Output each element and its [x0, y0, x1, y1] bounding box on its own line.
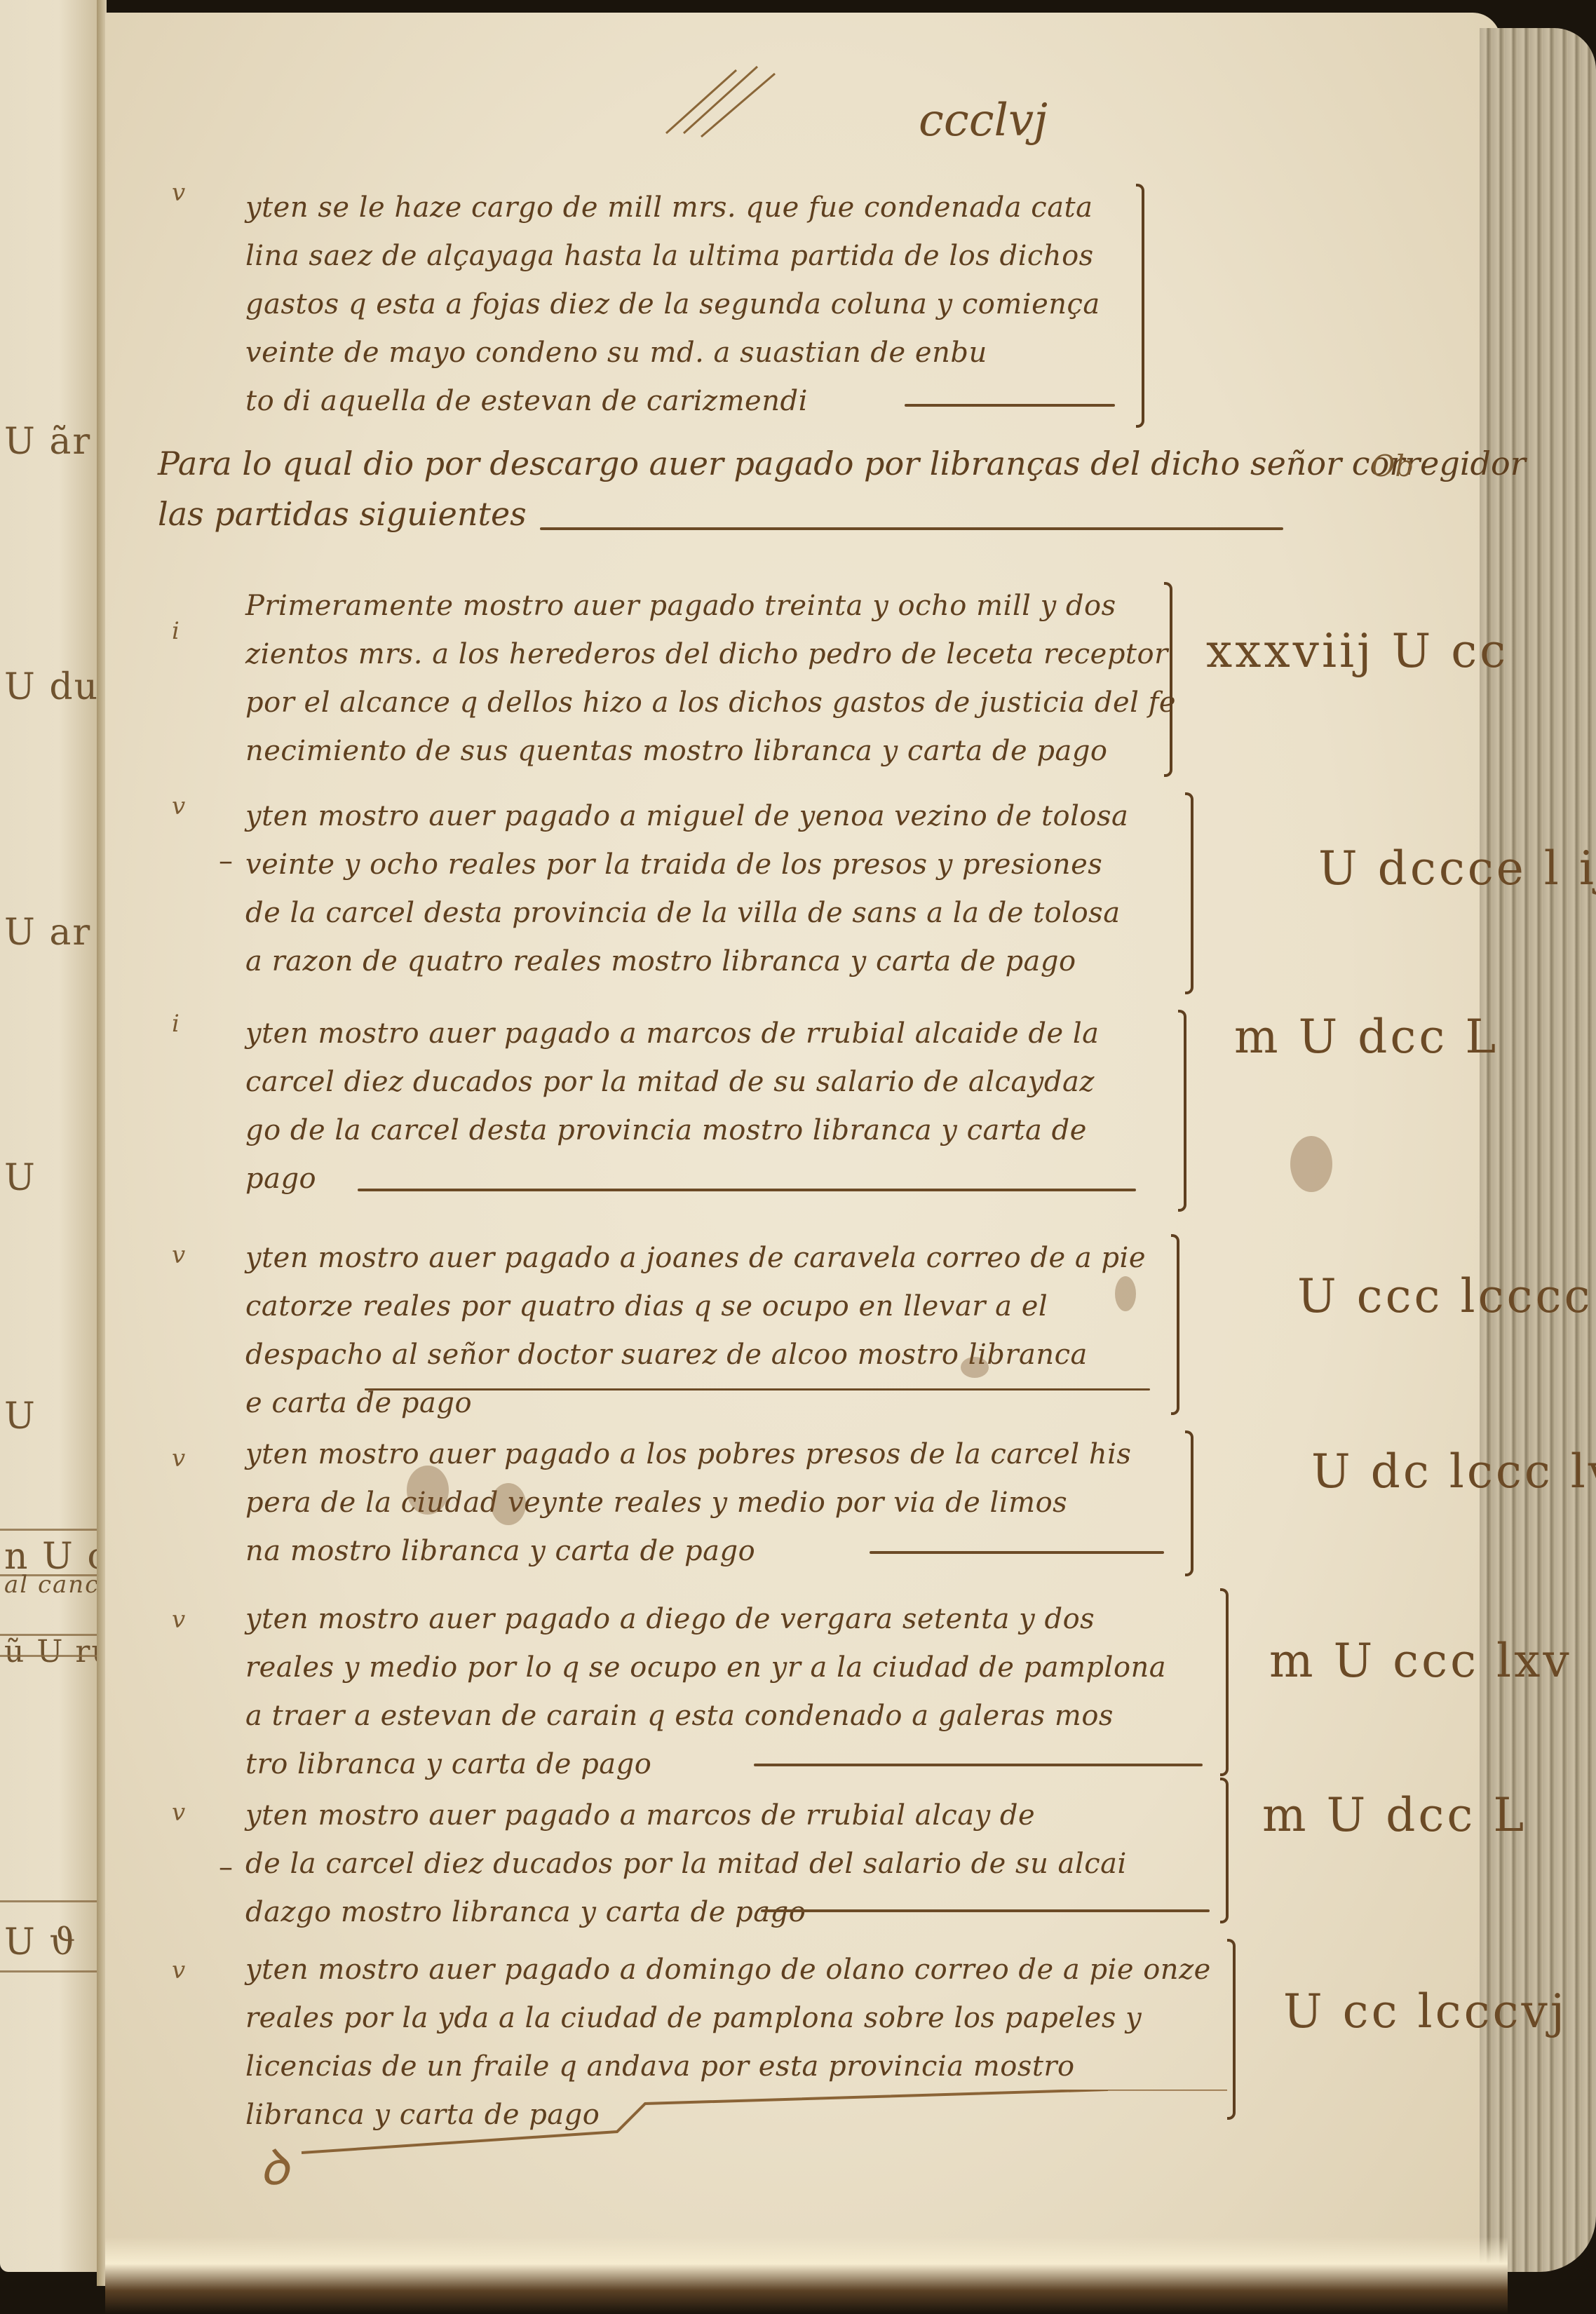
entry-line: a razon de quatro reales mostro libranca…: [245, 938, 1192, 986]
check-mark: v: [172, 1799, 185, 1827]
entry-line: yten mostro auer pagado a domingo de ola…: [245, 1946, 1192, 1994]
page-edge: [1480, 28, 1596, 2272]
entry-bracket: [1220, 1588, 1229, 1776]
check-mark: i: [172, 1010, 180, 1038]
ink-stain: [491, 1483, 526, 1525]
check-mark: v: [172, 1606, 185, 1634]
line-filler: [754, 1764, 1203, 1766]
entry-bracket: [1171, 1234, 1179, 1415]
entry-line: despacho al señor doctor suarez de alcoo…: [245, 1331, 1192, 1379]
line-filler: [905, 404, 1115, 407]
entry-sum: xxxviij U cc: [1206, 624, 1508, 678]
entry-sum: m U dcc L: [1234, 1010, 1499, 1064]
entry-sum: U dccce l ij: [1318, 841, 1596, 895]
entry-line: carcel diez ducados por la mitad de su s…: [245, 1058, 1192, 1107]
entry-line: pera de la ciudad veynte reales y medio …: [245, 1479, 1192, 1527]
line-filler: [870, 1551, 1164, 1554]
entry-line: a traer a estevan de carain q esta conde…: [245, 1692, 1192, 1740]
entry-line: licencias de un fraile q andava por esta…: [245, 2043, 1192, 2091]
line-filler: [365, 1388, 1150, 1391]
entry: yten mostro auer pagado a marcos de rrub…: [245, 1010, 1192, 1203]
entry-line: yten mostro auer pagado a miguel de yeno…: [245, 792, 1192, 841]
ink-stain: [1115, 1276, 1136, 1311]
facing-mark: U: [4, 1157, 36, 1199]
entry-line: lina saez de alçayaga hasta la ultima pa…: [245, 232, 1192, 280]
check-mark: v: [172, 1956, 185, 1984]
line-filler: [761, 1909, 1210, 1912]
entry-line: yten mostro auer pagado a marcos de rrub…: [245, 1792, 1192, 1840]
facing-page: U ãr U du U ar e U U n U c al canc ũ U r…: [0, 0, 98, 2272]
dash-mark: –: [219, 845, 233, 877]
entry-line: yten mostro auer pagado a joanes de cara…: [245, 1234, 1192, 1283]
entry: yten mostro auer pagado a marcos de rrub…: [245, 1792, 1192, 1937]
check-mark: v: [172, 792, 185, 820]
divider: [0, 1900, 98, 1902]
entry-line: por el alcance q dellos hizo a los dicho…: [245, 679, 1192, 727]
entry-line: catorze reales por quatro dias q se ocup…: [245, 1283, 1192, 1331]
entry-line: Primeramente mostro auer pagado treinta …: [245, 582, 1192, 630]
heading-line: las partidas siguientes: [158, 489, 1526, 539]
entry: yten mostro auer pagado a miguel de yeno…: [245, 792, 1192, 986]
ink-stain: [1290, 1136, 1332, 1192]
entry-line: veinte de mayo condeno su md. a suastian…: [245, 329, 1192, 377]
entry-bracket: [1178, 1010, 1186, 1212]
entry: Primeramente mostro auer pagado treinta …: [245, 582, 1192, 776]
entry-bracket: [1185, 1430, 1193, 1576]
entry-bracket: [1136, 184, 1144, 428]
entry-line: yten mostro auer pagado a diego de verga…: [245, 1595, 1192, 1644]
entry-line: pago: [245, 1155, 1192, 1203]
check-mark: i: [172, 617, 180, 645]
entry-line: gastos q esta a fojas diez de la segunda…: [245, 280, 1192, 329]
facing-mark: al canc: [4, 1571, 100, 1599]
entry-bracket: [1164, 582, 1172, 777]
slash-marks: [652, 63, 792, 140]
divider: [0, 1655, 98, 1657]
entry-line: de la carcel diez ducados por la mitad d…: [245, 1840, 1192, 1888]
damaged-page-bottom: [105, 2237, 1508, 2314]
entry: yten mostro auer pagado a joanes de cara…: [245, 1234, 1192, 1428]
folio-number: ccclvj: [919, 95, 1048, 147]
check-mark: v: [172, 179, 185, 207]
entry-line: to di aquella de estevan de carizmendi: [245, 377, 1192, 426]
entry: yten mostro auer pagado a diego de verga…: [245, 1595, 1192, 1789]
entry-line: reales por la yda a la ciudad de pamplon…: [245, 1994, 1192, 2043]
entry-line: de la carcel desta provincia de la villa…: [245, 889, 1192, 938]
entry-line: yten mostro auer pagado a los pobres pre…: [245, 1430, 1192, 1479]
line-filler: [358, 1189, 1136, 1191]
facing-mark: U ãr: [4, 421, 91, 463]
entry-carryover: yten se le haze cargo de mill mrs. que f…: [245, 184, 1192, 426]
heading-line: Para lo qual dio por descargo auer pagad…: [158, 438, 1526, 489]
entry-line: e carta de pago: [245, 1379, 1192, 1428]
entry-line: yten se le haze cargo de mill mrs. que f…: [245, 184, 1192, 232]
entry-sum: U dc lccc lvj: [1311, 1444, 1596, 1498]
ink-stain: [407, 1466, 449, 1515]
margin-note: Ob: [1371, 449, 1414, 483]
entry-sum: U ccc lcccc: [1297, 1269, 1592, 1323]
facing-mark: U du: [4, 666, 99, 708]
ink-stain: [961, 1357, 989, 1378]
entry-sum: U cc lcccvj: [1283, 1984, 1567, 2038]
facing-mark: U ϑ: [4, 1921, 77, 1963]
divider: [0, 1634, 98, 1636]
entry-line: yten mostro auer pagado a marcos de rrub…: [245, 1010, 1192, 1058]
divider: [0, 1529, 98, 1531]
closing-flourish: [295, 2090, 1332, 2160]
entry-bracket: [1220, 1778, 1229, 1923]
check-mark: v: [172, 1444, 185, 1473]
entry-line: reales y medio por lo q se ocupo en yr a…: [245, 1644, 1192, 1692]
entry-sum: m U dcc L: [1262, 1788, 1527, 1842]
entry-sum: m U ccc lxv: [1269, 1634, 1572, 1688]
section-heading: Para lo qual dio por descargo auer pagad…: [158, 438, 1526, 539]
line-filler: [540, 527, 1283, 530]
check-mark: v: [172, 1241, 185, 1269]
entry-line: veinte y ocho reales por la traida de lo…: [245, 841, 1192, 889]
entry-line: zientos mrs. a los herederos del dicho p…: [245, 630, 1192, 679]
dash-mark: –: [219, 1851, 233, 1883]
entry-line: necimiento de sus quentas mostro libranc…: [245, 727, 1192, 776]
entry-bracket: [1185, 792, 1193, 994]
closing-mark: ꝺ: [259, 2132, 289, 2199]
facing-mark: U: [4, 1395, 36, 1437]
entry-line: go de la carcel desta provincia mostro l…: [245, 1107, 1192, 1155]
divider: [0, 1970, 98, 1973]
entry-line: dazgo mostro libranca y carta de pago: [245, 1888, 1192, 1937]
